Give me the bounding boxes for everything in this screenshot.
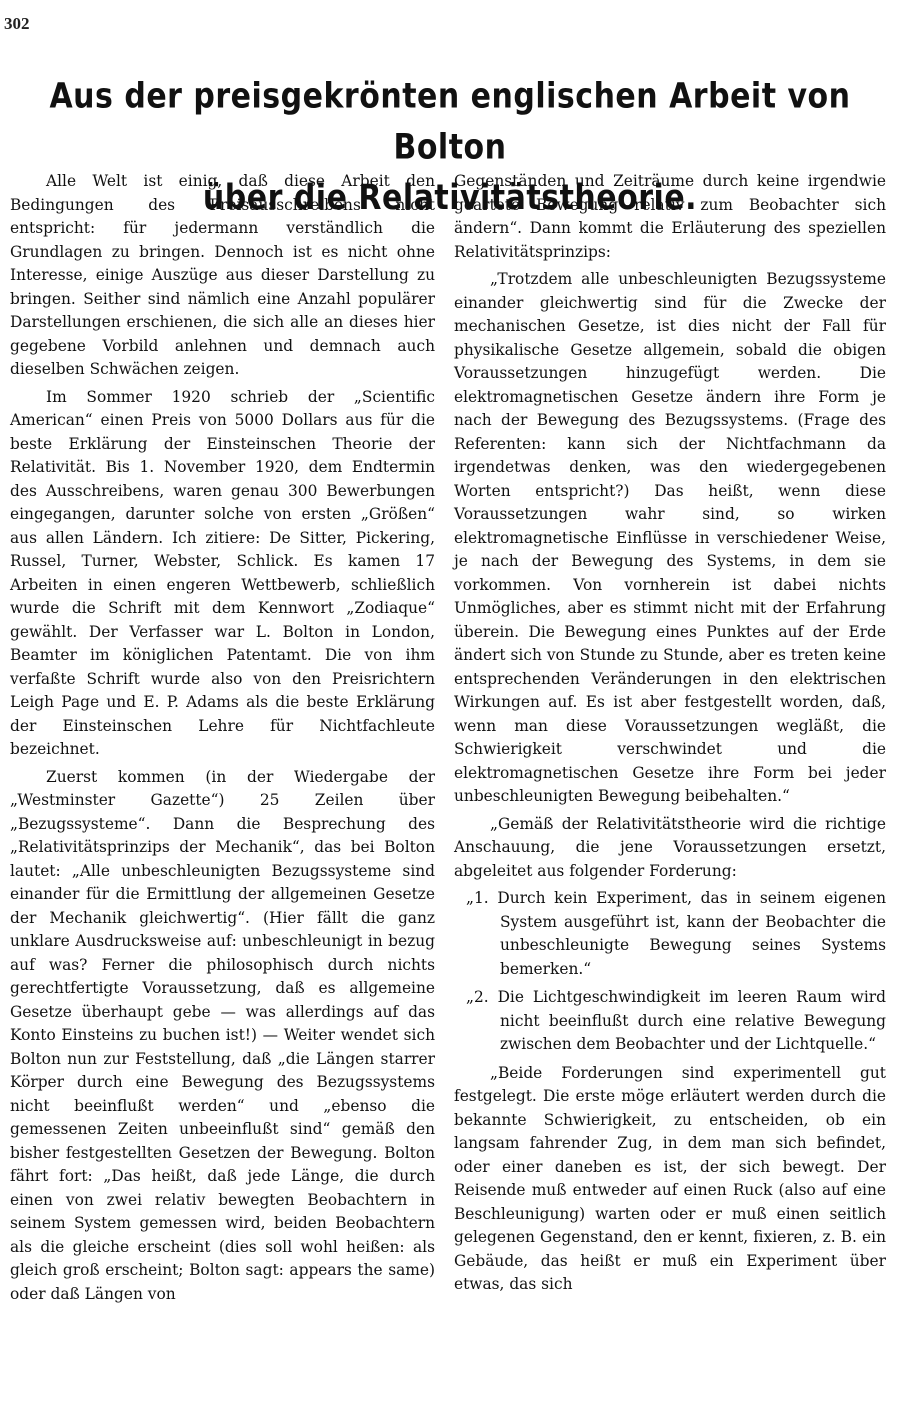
paragraph: Alle Welt ist einig, daß diese Arbeit de…: [10, 170, 435, 382]
paragraph: „Gemäß der Relativitätstheorie wird die …: [454, 813, 886, 884]
paragraph: Zuerst kommen (in der Wiedergabe der „We…: [10, 766, 435, 1307]
paragraph: Im Sommer 1920 schrieb der „Scientific A…: [10, 386, 435, 762]
right-column: Gegenständen und Zeiträume durch keine i…: [454, 170, 886, 1301]
page-number: 302: [4, 14, 30, 34]
numbered-item-1: „1. Durch kein Experiment, das in seinem…: [454, 887, 886, 981]
paragraph: „Trotzdem alle unbeschleunigten Bezugssy…: [454, 268, 886, 809]
paragraph: „Beide Forderungen sind experimentell gu…: [454, 1062, 886, 1297]
title-line-1: Aus der preisgekrönten englischen Arbeit…: [0, 72, 900, 173]
left-column: Alle Welt ist einig, daß diese Arbeit de…: [10, 170, 435, 1310]
paragraph-continuation: Gegenständen und Zeiträume durch keine i…: [454, 170, 886, 264]
numbered-item-2: „2. Die Lichtgeschwindigkeit im leeren R…: [454, 986, 886, 1057]
